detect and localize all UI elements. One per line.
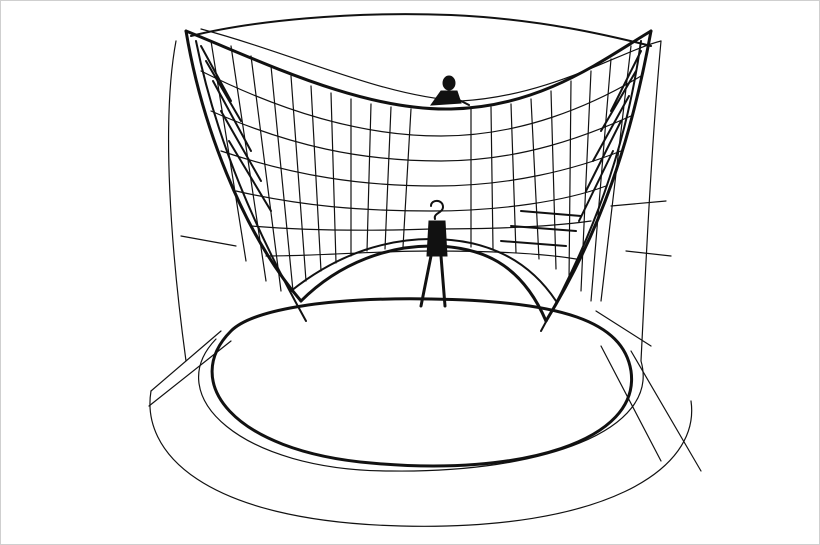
stage-ellipse [149, 299, 701, 526]
sketch-drawing [1, 1, 820, 545]
image-frame [0, 0, 820, 545]
standing-figure [421, 201, 447, 306]
